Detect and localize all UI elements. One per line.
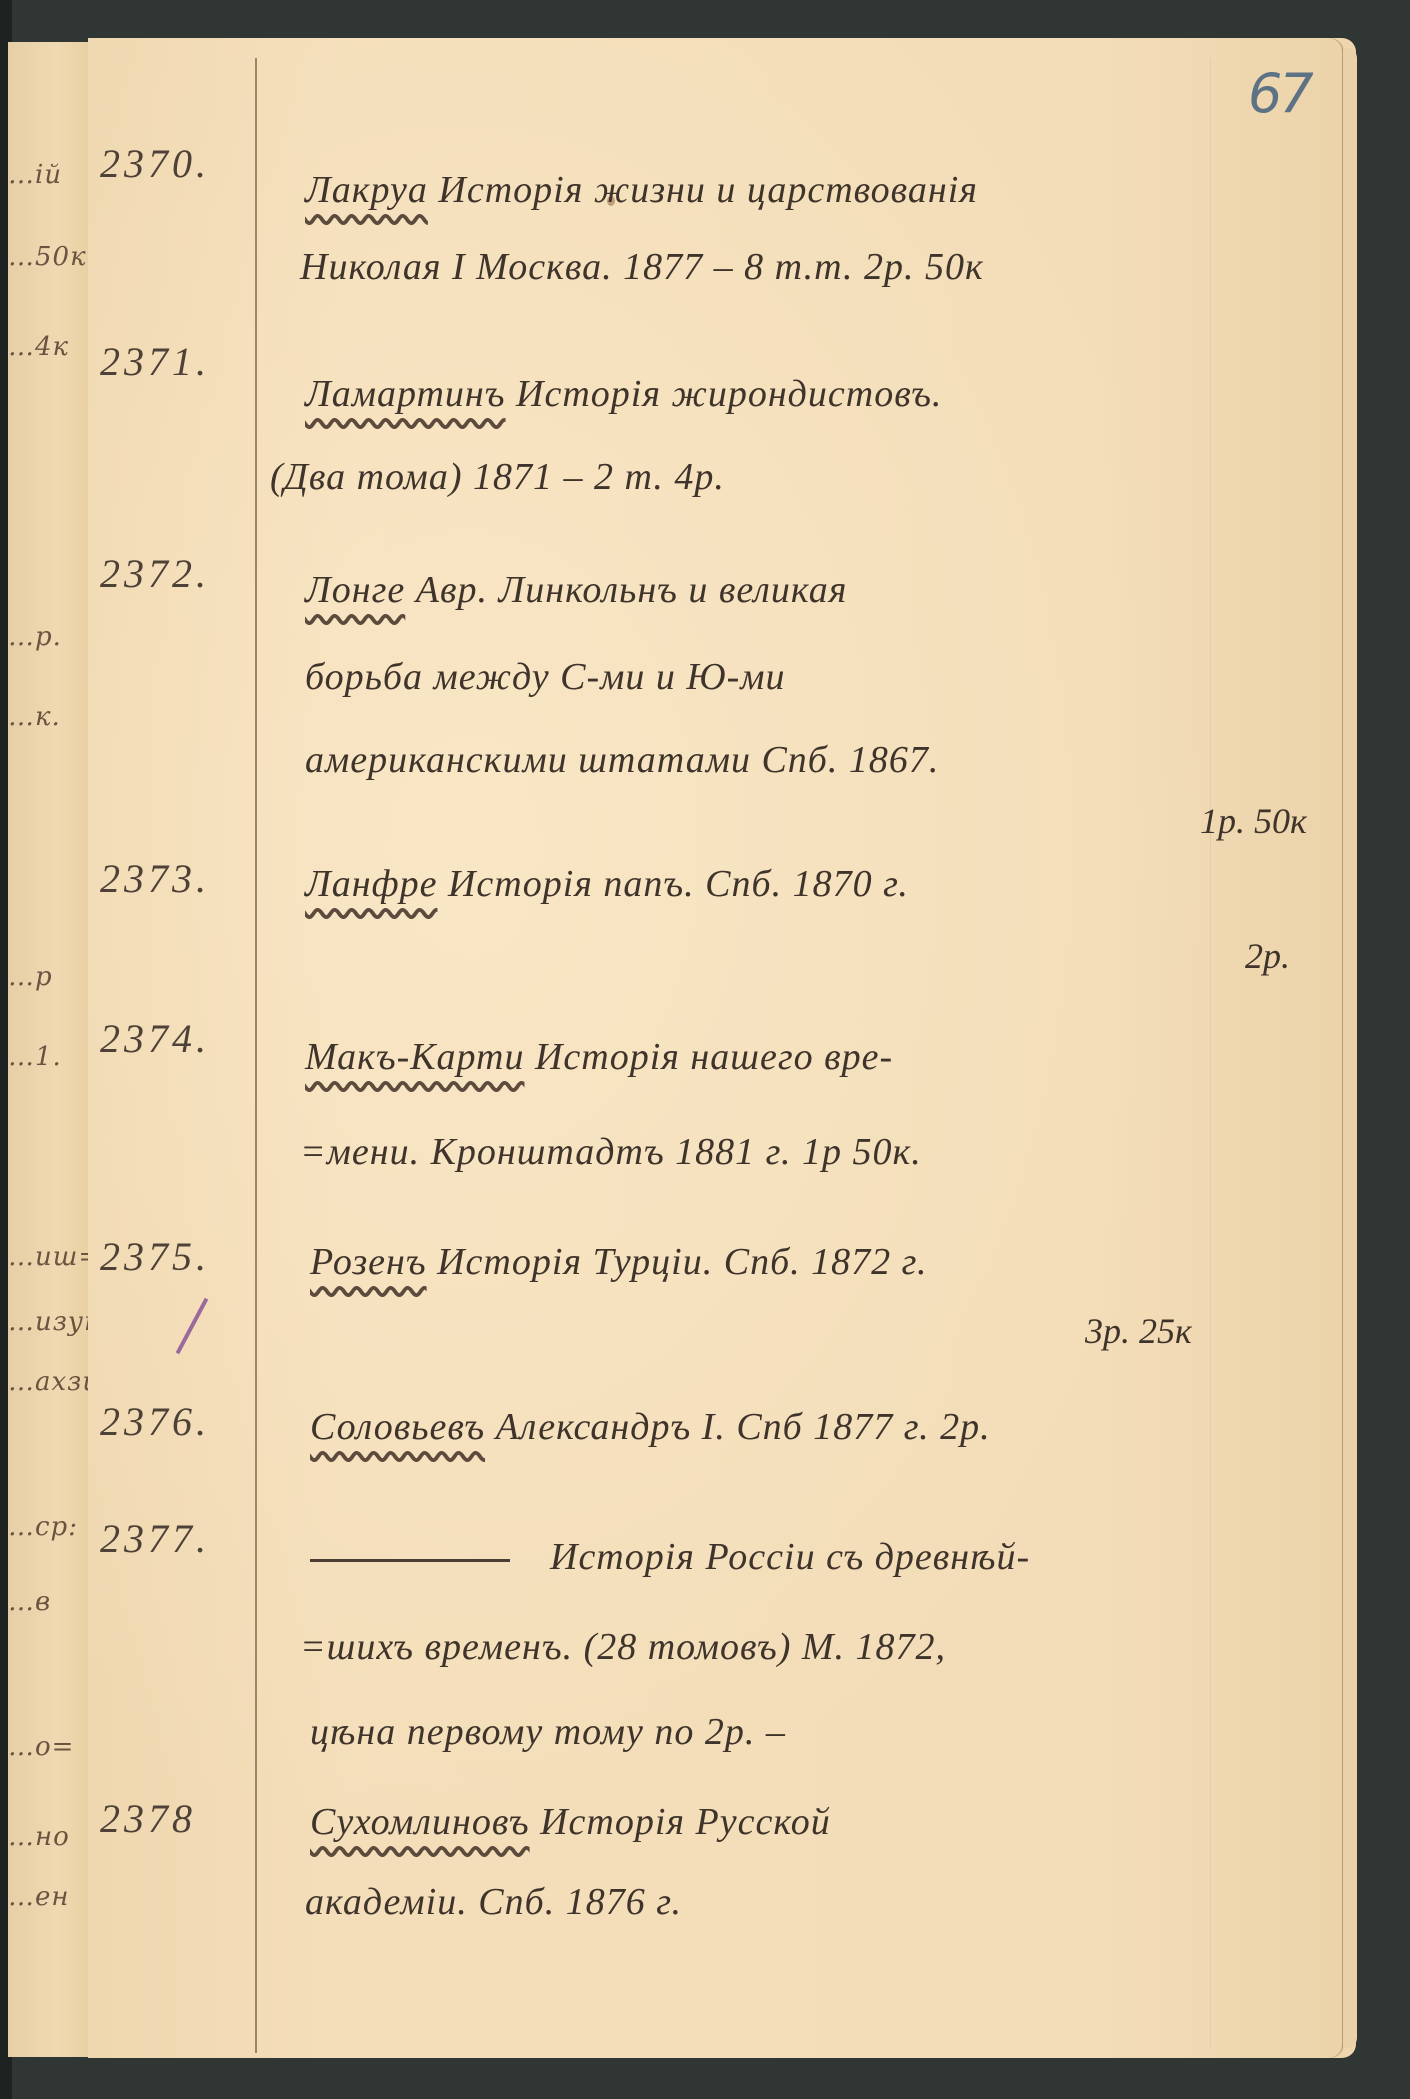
entry-line: академіи. Спб. 1876 г. (305, 1880, 1350, 1924)
entry-number: 2374. (100, 1015, 210, 1062)
entry-number: 2377. (100, 1515, 210, 1562)
left-page-fragment: …ен (8, 1882, 70, 1912)
entry-title: Исторія Русской (540, 1801, 831, 1843)
entry-price: 3р. 25к (1085, 1310, 1192, 1352)
left-page-fragment: …ахзи (8, 1367, 90, 1397)
entry-author: Соловьевъ (310, 1406, 485, 1448)
entry-author: Макъ-Карти (305, 1036, 524, 1078)
entry-line: Розенъ Исторія Турціи. Спб. 1872 г. (310, 1240, 1350, 1284)
entry-line: =мени. Кронштадтъ 1881 г. 1р 50к. (300, 1130, 1350, 1174)
entry-line: Лакруа Исторія жизни и царствованія (305, 168, 1350, 212)
entry-number: 2375. (100, 1233, 210, 1280)
entry-author: Ламартинъ (305, 373, 506, 415)
entry-title: Исторія жирондистовъ. (516, 373, 942, 415)
entry-title: Исторія Турціи. Спб. 1872 г. (437, 1241, 927, 1283)
left-page-fragment: …4к (8, 332, 69, 362)
entry-line: Николая I Москва. 1877 – 8 т.т. 2р. 50к (300, 245, 1350, 289)
left-page-fragment: …иш= (8, 1242, 90, 1272)
ditto-rule (310, 1559, 510, 1562)
entry-number: 2378 (100, 1795, 196, 1842)
left-page-fragment: …р. (8, 622, 62, 652)
entry-number: 2371. (100, 338, 210, 385)
entry-number: 2373. (100, 855, 210, 902)
left-page-fragment: …о= (8, 1732, 74, 1762)
entry-author: Лакруа (305, 169, 428, 211)
left-page-fragment: …ій (8, 160, 62, 190)
left-page-fragment: …50к (8, 242, 87, 272)
margin-rule (255, 58, 257, 2053)
entry-number: 2376. (100, 1398, 210, 1445)
entry-line: Лонге Авр. Линкольнъ и великая (305, 568, 1350, 612)
entry-price: 2р. (1245, 935, 1290, 977)
entry-line: Ламартинъ Исторія жирондистовъ. (305, 372, 1350, 416)
entry-line: Макъ-Карти Исторія нашего вре- (305, 1035, 1350, 1079)
left-page-fragment: …р (8, 962, 53, 992)
entry-title: Авр. Линкольнъ и великая (416, 569, 848, 611)
entry-line: (Два тома) 1871 – 2 т. 4р. (270, 455, 1350, 499)
page-number: 67 (1248, 62, 1311, 125)
entry-title: Исторія нашего вре- (535, 1036, 893, 1078)
entry-title: Александръ I. Спб 1877 г. 2р. (496, 1406, 991, 1448)
entry-author: Ланфре (305, 863, 437, 905)
entry-number: 2370. (100, 140, 210, 187)
entry-line: Соловьевъ Александръ I. Спб 1877 г. 2р. (310, 1405, 1350, 1449)
entry-title: Исторія Россіи съ древнѣй- (550, 1536, 1030, 1578)
left-page-fragment: …1. (8, 1042, 62, 1072)
entry-line: Исторія Россіи съ древнѣй- (310, 1535, 1350, 1579)
entry-line: Ланфре Исторія папъ. Спб. 1870 г. (305, 862, 1350, 906)
entry-author: Лонге (305, 569, 405, 611)
entry-author: Розенъ (310, 1241, 427, 1283)
entry-number: 2372. (100, 550, 210, 597)
entry-line: =шихъ временъ. (28 томовъ) М. 1872, (300, 1625, 1350, 1669)
entry-line: цѣна первому тому по 2р. – (310, 1710, 1350, 1754)
left-page-fragment: …ср: (8, 1512, 78, 1542)
entry-line: Сухомлиновъ Исторія Русской (310, 1800, 1350, 1844)
left-page-edge: …ій …50к …4к …р. …к. …р …1. …иш= …изуп …… (8, 42, 90, 2057)
entry-price: 1р. 50к (1200, 800, 1307, 842)
left-page-fragment: …к. (8, 702, 61, 732)
entry-author: Сухомлиновъ (310, 1801, 530, 1843)
left-page-fragment: …изуп (8, 1307, 90, 1337)
entry-title: Исторія жизни и царствованія (438, 169, 978, 211)
entry-line: американскими штатами Спб. 1867. (305, 738, 1350, 782)
entry-line: борьба между С-ми и Ю-ми (305, 655, 1350, 699)
entry-title: Исторія папъ. Спб. 1870 г. (448, 863, 909, 905)
left-page-fragment: …в (8, 1587, 51, 1617)
left-page-fragment: …но (8, 1822, 70, 1852)
